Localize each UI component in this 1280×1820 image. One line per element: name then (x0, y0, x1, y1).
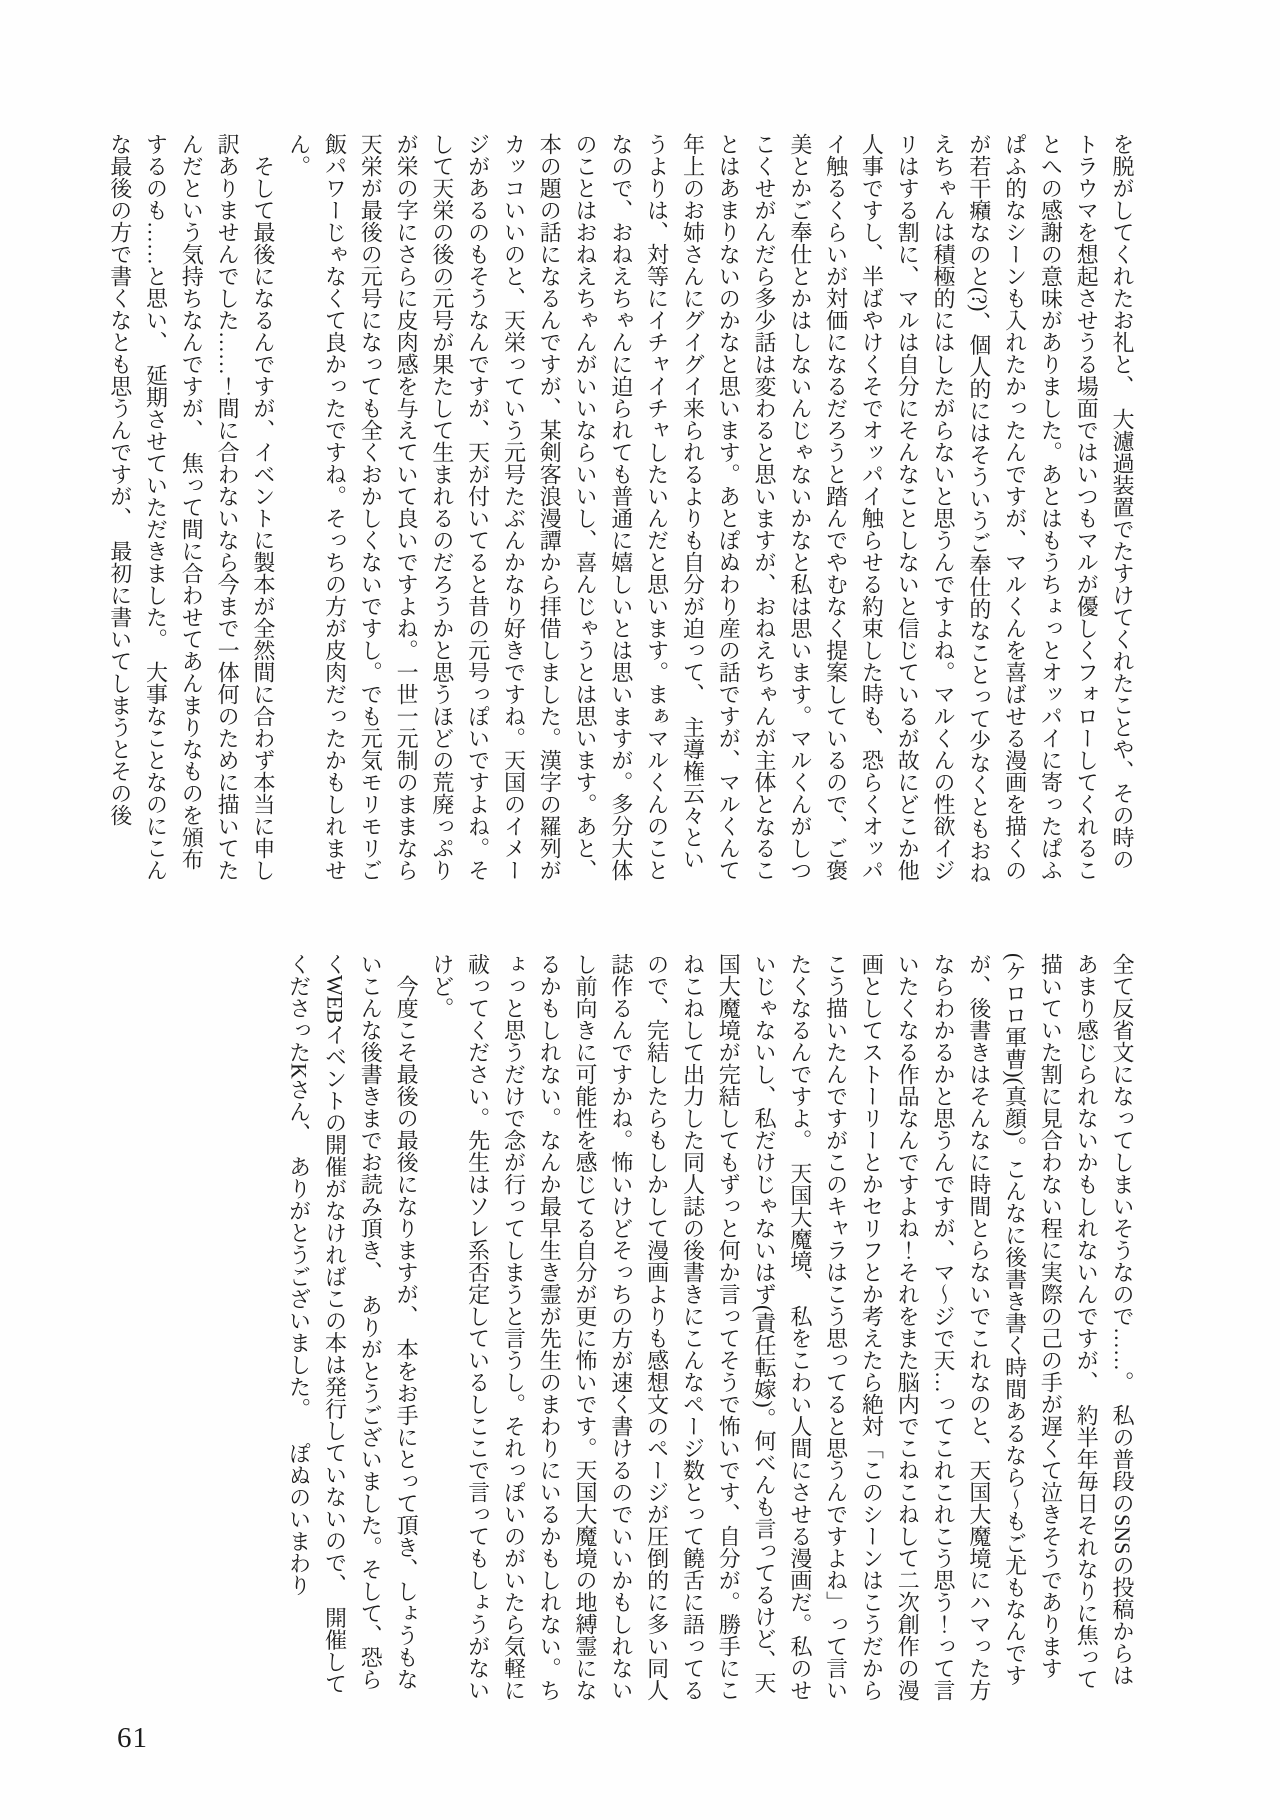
afterword-text-block-top: を脱がしてくれたお礼と、 大濾過装置でたすけてくれたことや、その時のトラウマを想… (100, 133, 1140, 885)
author-signature: ぽぬのいまわり (287, 1442, 312, 1596)
afterword-page: を脱がしてくれたお礼と、 大濾過装置でたすけてくれたことや、その時のトラウマを想… (0, 0, 1280, 1820)
afterword-paragraph: 全て反省文になってしまいそうなので……。 私の普段のSNSの投稿からはあまり感じ… (424, 953, 1140, 1703)
afterword-paragraph-text: 全て反省文になってしまいそうなので……。 私の普段のSNSの投稿からはあまり感じ… (430, 953, 1135, 1701)
afterword-paragraph: そして最後になるんですが、イベントに製本が全然間に合わず本当に申し訳ありませんで… (102, 133, 281, 885)
afterword-paragraph-text: を脱がしてくれたお礼と、 大濾過装置でたすけてくれたことや、その時のトラウマを想… (287, 133, 1135, 883)
afterword-text-block-bottom: 全て反省文になってしまいそうなので……。 私の普段のSNSの投稿からはあまり感じ… (258, 953, 1140, 1703)
afterword-paragraph: を脱がしてくれたお礼と、 大濾過装置でたすけてくれたことや、その時のトラウマを想… (281, 133, 1140, 885)
afterword-paragraph: 今度こそ最後の最後になりますが、 本をお手にとって頂き、しょうもないこんな後書き… (281, 953, 424, 1703)
afterword-paragraph-text: そして最後になるんですが、イベントに製本が全然間に合わず本当に申し訳ありませんで… (108, 133, 276, 881)
page-number: 61 (117, 1722, 148, 1755)
